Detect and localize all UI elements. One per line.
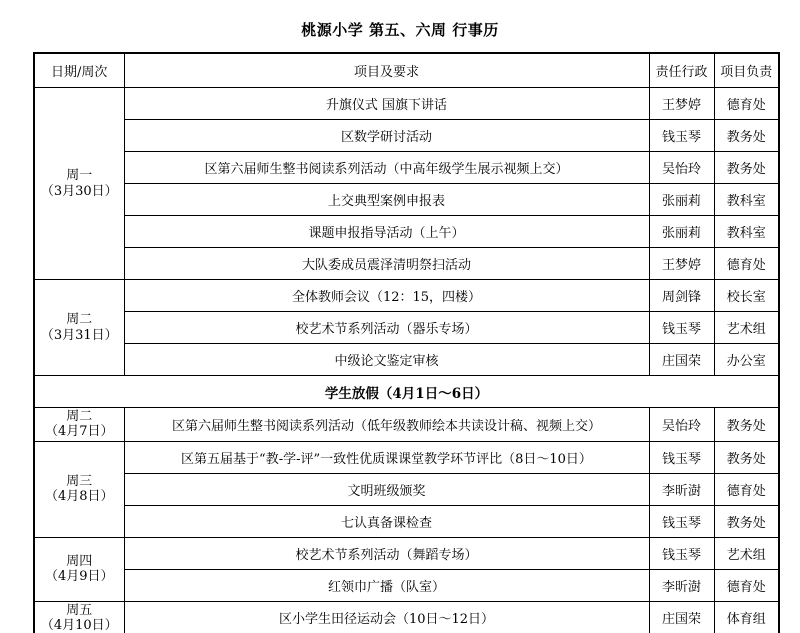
vacation-banner: 学生放假（4月1日～6日） [34,376,779,408]
item-cell: 文明班级颁奖 [124,473,649,505]
dept-cell: 校长室 [714,280,779,312]
weekday-label: 周五 [38,603,121,618]
item-cell: 校艺术节系列活动（舞蹈专场） [124,537,649,569]
item-cell: 上交典型案例申报表 [124,184,649,216]
vacation-row: 学生放假（4月1日～6日） [34,376,779,408]
date-label: （4月8日） [38,489,121,504]
schedule-table: 日期/周次 项目及要求 责任行政 项目负责 周一（3月30日）升旗仪式 国旗下讲… [33,52,780,633]
header-dept: 项目负责 [714,53,779,88]
dept-cell: 德育处 [714,569,779,601]
date-cell: 周三（4月8日） [34,441,124,537]
date-label: （4月7日） [38,424,121,439]
date-cell: 周二（3月31日） [34,280,124,376]
admin-cell: 吴怡玲 [649,408,714,442]
item-cell: 区第六届师生整书阅读系列活动（低年级教师绘本共读设计稿、视频上交） [124,408,649,442]
item-cell: 区数学研讨活动 [124,120,649,152]
header-admin: 责任行政 [649,53,714,88]
dept-cell: 艺术组 [714,537,779,569]
admin-cell: 李昕澍 [649,473,714,505]
date-label: （3月31日） [38,328,121,343]
header-date: 日期/周次 [34,53,124,88]
date-label: （4月10日） [38,618,121,633]
table-row: 红领巾广播（队室）李昕澍德育处 [34,569,779,601]
admin-cell: 王梦婷 [649,88,714,120]
item-cell: 区第五届基于“教-学-评”一致性优质课课堂教学环节评比（8日～10日） [124,441,649,473]
date-label: （4月9日） [38,569,121,584]
table-row: 周四（4月9日）校艺术节系列活动（舞蹈专场）钱玉琴艺术组 [34,537,779,569]
document-page: 桃源小学 第五、六周 行事历 日期/周次 项目及要求 责任行政 项目负责 周一（… [0,0,800,633]
header-item: 项目及要求 [124,53,649,88]
table-header: 日期/周次 项目及要求 责任行政 项目负责 [34,53,779,88]
dept-cell: 德育处 [714,473,779,505]
table-row: 大队委成员震泽清明祭扫活动王梦婷德育处 [34,248,779,280]
dept-cell: 教务处 [714,505,779,537]
date-cell: 周二（4月7日） [34,408,124,442]
table-row: 校艺术节系列活动（器乐专场）钱玉琴艺术组 [34,312,779,344]
weekday-label: 周三 [38,474,121,489]
admin-cell: 钱玉琴 [649,537,714,569]
admin-cell: 张丽莉 [649,216,714,248]
item-cell: 红领巾广播（队室） [124,569,649,601]
dept-cell: 德育处 [714,88,779,120]
schedule-body: 周一（3月30日）升旗仪式 国旗下讲话王梦婷德育处区数学研讨活动钱玉琴教务处区第… [34,88,779,633]
date-cell: 周一（3月30日） [34,88,124,280]
admin-cell: 王梦婷 [649,248,714,280]
table-row: 周三（4月8日）区第五届基于“教-学-评”一致性优质课课堂教学环节评比（8日～1… [34,441,779,473]
dept-cell: 教科室 [714,216,779,248]
dept-cell: 办公室 [714,344,779,376]
admin-cell: 钱玉琴 [649,312,714,344]
dept-cell: 体育组 [714,601,779,633]
header-row: 日期/周次 项目及要求 责任行政 项目负责 [34,53,779,88]
admin-cell: 周剑锋 [649,280,714,312]
admin-cell: 钱玉琴 [649,505,714,537]
dept-cell: 德育处 [714,248,779,280]
dept-cell: 教务处 [714,408,779,442]
table-row: 上交典型案例申报表张丽莉教科室 [34,184,779,216]
admin-cell: 钱玉琴 [649,120,714,152]
weekday-label: 周二 [38,312,121,327]
item-cell: 七认真备课检查 [124,505,649,537]
dept-cell: 艺术组 [714,312,779,344]
table-row: 周一（3月30日）升旗仪式 国旗下讲话王梦婷德育处 [34,88,779,120]
admin-cell: 庄国荣 [649,344,714,376]
item-cell: 区小学生田径运动会（10日～12日） [124,601,649,633]
item-cell: 校艺术节系列活动（器乐专场） [124,312,649,344]
dept-cell: 教务处 [714,120,779,152]
table-row: 周五（4月10日）区小学生田径运动会（10日～12日）庄国荣体育组 [34,601,779,633]
item-cell: 全体教师会议（12：15，四楼） [124,280,649,312]
date-cell: 周四（4月9日） [34,537,124,601]
table-row: 课题申报指导活动（上午）张丽莉教科室 [34,216,779,248]
dept-cell: 教科室 [714,184,779,216]
date-label: （3月30日） [38,184,121,199]
item-cell: 升旗仪式 国旗下讲话 [124,88,649,120]
table-row: 周二（4月7日）区第六届师生整书阅读系列活动（低年级教师绘本共读设计稿、视频上交… [34,408,779,442]
item-cell: 区第六届师生整书阅读系列活动（中高年级学生展示视频上交） [124,152,649,184]
weekday-label: 周二 [38,409,121,424]
item-cell: 大队委成员震泽清明祭扫活动 [124,248,649,280]
table-row: 七认真备课检查钱玉琴教务处 [34,505,779,537]
admin-cell: 钱玉琴 [649,441,714,473]
admin-cell: 张丽莉 [649,184,714,216]
admin-cell: 庄国荣 [649,601,714,633]
admin-cell: 吴怡玲 [649,152,714,184]
table-row: 中级论文鉴定审核庄国荣办公室 [34,344,779,376]
admin-cell: 李昕澍 [649,569,714,601]
dept-cell: 教务处 [714,441,779,473]
table-row: 区第六届师生整书阅读系列活动（中高年级学生展示视频上交）吴怡玲教务处 [34,152,779,184]
dept-cell: 教务处 [714,152,779,184]
weekday-label: 周四 [38,554,121,569]
table-row: 周二（3月31日）全体教师会议（12：15，四楼）周剑锋校长室 [34,280,779,312]
item-cell: 中级论文鉴定审核 [124,344,649,376]
date-cell: 周五（4月10日） [34,601,124,633]
weekday-label: 周一 [38,168,121,183]
item-cell: 课题申报指导活动（上午） [124,216,649,248]
page-title: 桃源小学 第五、六周 行事历 [0,0,800,52]
table-row: 区数学研讨活动钱玉琴教务处 [34,120,779,152]
table-row: 文明班级颁奖李昕澍德育处 [34,473,779,505]
